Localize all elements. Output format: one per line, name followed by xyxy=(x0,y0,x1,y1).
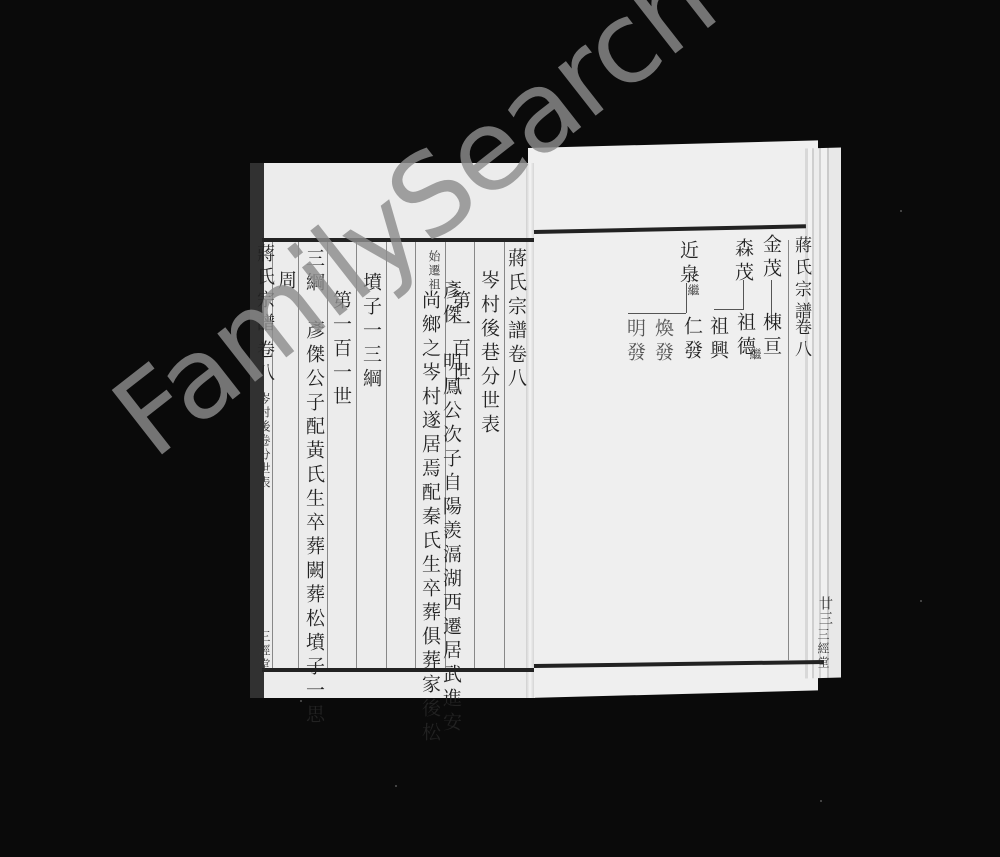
right-spine-title: 蔣氏宗譜 xyxy=(790,236,812,324)
dust-speck xyxy=(920,600,922,602)
spine-hall: 三經堂 xyxy=(257,630,271,672)
tree-child-renfa: 仁發 xyxy=(681,316,703,364)
founder-entry: 彥傑 明鳳公次子自陽羨滆湖西遷居武進安 xyxy=(440,280,462,736)
tree-child-huanfa: 煥發 xyxy=(652,318,674,366)
top-border-rule-left xyxy=(262,238,534,242)
spine-section: 岑村後卷分世表 xyxy=(257,392,271,490)
dust-speck xyxy=(820,800,822,802)
dust-speck xyxy=(395,785,397,787)
tree-connector xyxy=(714,309,744,310)
tree-connector xyxy=(686,283,687,313)
dust-speck xyxy=(900,210,902,212)
generation-heading-101: 第一百一世 xyxy=(330,290,352,410)
right-spine-hall: 三經堂 xyxy=(816,628,830,670)
tree-child-dongxuan: 棟亘 xyxy=(760,312,782,360)
founder-annotation: 始遷祖 xyxy=(427,250,441,292)
book-gutter xyxy=(526,163,534,698)
tree-name-jinmao: 金茂 xyxy=(760,234,782,282)
book-title-column: 蔣氏宗譜卷八 xyxy=(505,248,527,392)
column-divider xyxy=(327,242,328,668)
tree-connector xyxy=(628,313,686,314)
sons-entry: 墳子一三綱 xyxy=(360,272,382,392)
column-divider xyxy=(474,242,475,668)
column-divider xyxy=(386,242,387,668)
tree-child-mingfa: 明發 xyxy=(624,318,646,366)
zhou-entry: 周 xyxy=(275,270,297,294)
column-divider xyxy=(356,242,357,668)
tree-note-jinquan: 子繼 xyxy=(686,270,700,298)
founder-entry-continued: 尚鄉之岑村遂居焉配秦氏生卒葬俱葬家後松 xyxy=(419,290,441,746)
spine-title: 蔣氏宗譜 xyxy=(253,244,275,336)
right-margin-divider xyxy=(788,240,789,660)
column-divider xyxy=(415,242,416,668)
spine-volume: 卷八 xyxy=(253,340,275,386)
sangang-entry: 三綱 彥傑公子配黃氏生卒葬闕葬松墳子一思 xyxy=(303,248,325,728)
tree-connector xyxy=(743,280,744,310)
column-divider xyxy=(298,242,299,668)
right-spine-page-number: 廿三 xyxy=(814,596,836,626)
tree-name-senmao: 森茂 xyxy=(732,238,754,286)
right-spine-volume: 卷八 xyxy=(790,318,812,362)
tree-child-zude-note: 繼 xyxy=(748,348,762,362)
section-title-column: 岑村後巷分世表 xyxy=(478,270,500,438)
tree-child-zuxing: 祖興 xyxy=(707,316,729,364)
dust-speck xyxy=(300,700,302,702)
